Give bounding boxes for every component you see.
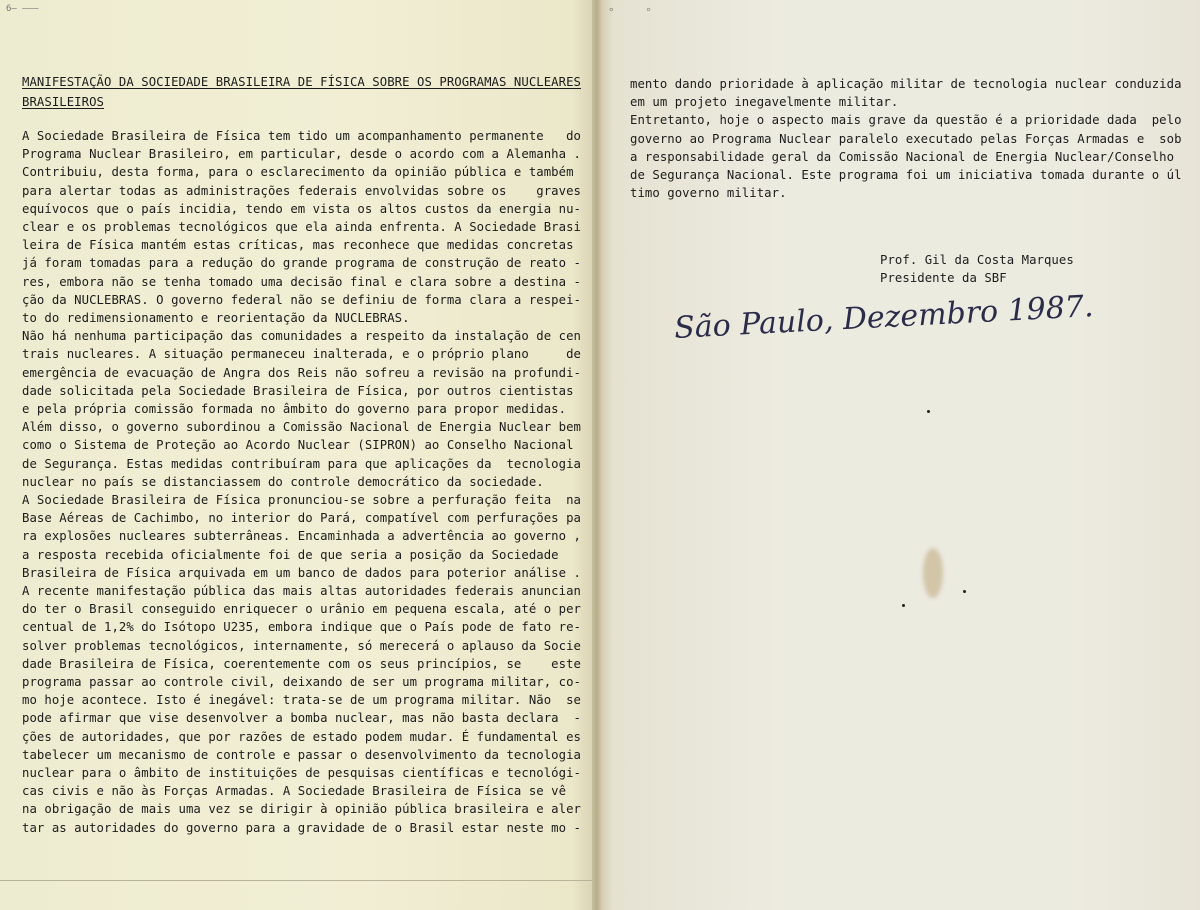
body-text-line: clear e os problemas tecnológicos que el… [22, 217, 581, 237]
signature-name: Prof. Gil da Costa Marques [880, 250, 1074, 270]
punch-marks: ° ° [608, 6, 664, 19]
left-page: 6— ——— MANIFESTAÇÃO DA SOCIEDADE BRASILE… [0, 0, 596, 910]
body-text-line: como o Sistema de Proteção ao Acordo Nuc… [22, 435, 574, 455]
body-text-line: Base Aéreas de Cachimbo, no interior do … [22, 508, 581, 528]
body-text-line: nuclear no país se distanciassem do cont… [22, 472, 544, 492]
ink-speck [902, 604, 905, 607]
body-text-line: cas civis e não às Forças Armadas. A Soc… [22, 781, 566, 801]
body-text-line: na obrigação de mais uma vez se dirigir … [22, 799, 581, 819]
body-text-line: A Sociedade Brasileira de Física pronunc… [22, 490, 581, 510]
body-text-line: leira de Física mantém estas críticas, m… [22, 235, 574, 255]
right-page: mento dando prioridade à aplicação milit… [596, 0, 1200, 910]
handwritten-place-date: São Paulo, Dezembro 1987. [673, 289, 1094, 346]
body-text-line: governo ao Programa Nuclear paralelo exe… [630, 129, 1182, 149]
body-text-line: A recente manifestação pública das mais … [22, 581, 581, 601]
body-text-line: Contribuiu, desta forma, para o esclarec… [22, 162, 574, 182]
body-text-line: a responsabilidade geral da Comissão Nac… [630, 147, 1174, 167]
body-text-line: a resposta recebida oficialmente foi de … [22, 545, 559, 565]
page-spine [592, 0, 602, 910]
body-text-line: tar as autoridades do governo para a gra… [22, 818, 581, 838]
body-text-line: Não há nenhuma participação das comunida… [22, 326, 581, 346]
body-text-line: to do redimensionamento e reorientação d… [22, 308, 410, 328]
body-text-line: timo governo militar. [630, 183, 787, 203]
body-text-line: Brasileira de Física arquivada em um ban… [22, 563, 581, 583]
ink-speck [963, 590, 966, 593]
page-fold-line [0, 880, 596, 881]
body-text-line: trais nucleares. A situação permaneceu i… [22, 344, 581, 364]
body-text-line: em um projeto inegavelmente militar. [630, 92, 898, 112]
body-text-line: já foram tomadas para a redução do grand… [22, 253, 581, 273]
body-text-line: dade Brasileira de Física, coerentemente… [22, 654, 581, 674]
body-text-line: programa passar ao controle civil, deixa… [22, 672, 581, 692]
body-text-line: A Sociedade Brasileira de Física tem tid… [22, 126, 581, 146]
body-text-line: solver problemas tecnológicos, intername… [22, 636, 581, 656]
body-text-line: emergência de evacuação de Angra dos Rei… [22, 363, 581, 383]
body-text-line: do ter o Brasil conseguido enriquecer o … [22, 599, 581, 619]
ink-speck [927, 410, 930, 413]
body-text-line: tabelecer um mecanismo de controle e pas… [22, 745, 581, 765]
body-text-line: dade solicitada pela Sociedade Brasileir… [22, 381, 574, 401]
body-text-line: equívocos que o país incidia, tendo em v… [22, 199, 581, 219]
body-text-line: ra explosões nucleares subterrâneas. Enc… [22, 526, 581, 546]
body-text-line: e pela própria comissão formada no âmbit… [22, 399, 566, 419]
corner-marks: 6— ——— [6, 4, 39, 14]
body-text-line: ções de autoridades, que por razões de e… [22, 727, 581, 747]
body-text-line: Entretanto, hoje o aspecto mais grave da… [630, 110, 1182, 130]
body-text-line: mo hoje acontece. Isto é inegável: trata… [22, 690, 581, 710]
body-text-line: ção da NUCLEBRAS. O governo federal não … [22, 290, 581, 310]
body-text-line: mento dando prioridade à aplicação milit… [630, 74, 1182, 94]
body-text-line: pode afirmar que vise desenvolver a bomb… [22, 708, 581, 728]
body-text-line: Programa Nuclear Brasileiro, em particul… [22, 144, 581, 164]
body-text-line: centual de 1,2% do Isótopo U235, embora … [22, 617, 581, 637]
body-text-line: para alertar todas as administrações fed… [22, 181, 581, 201]
paper-stain [923, 548, 943, 598]
body-text-line: de Segurança Nacional. Este programa foi… [630, 165, 1182, 185]
body-text-line: nuclear para o âmbito de instituições de… [22, 763, 581, 783]
signature-role: Presidente da SBF [880, 268, 1007, 288]
document-title-line-2: BRASILEIROS [22, 92, 104, 112]
body-text-line: Além disso, o governo subordinou a Comis… [22, 417, 581, 437]
document-title-line-1: MANIFESTAÇÃO DA SOCIEDADE BRASILEIRA DE … [22, 72, 581, 92]
body-text-line: de Segurança. Estas medidas contribuíram… [22, 454, 581, 474]
body-text-line: res, embora não se tenha tomado uma deci… [22, 272, 581, 292]
